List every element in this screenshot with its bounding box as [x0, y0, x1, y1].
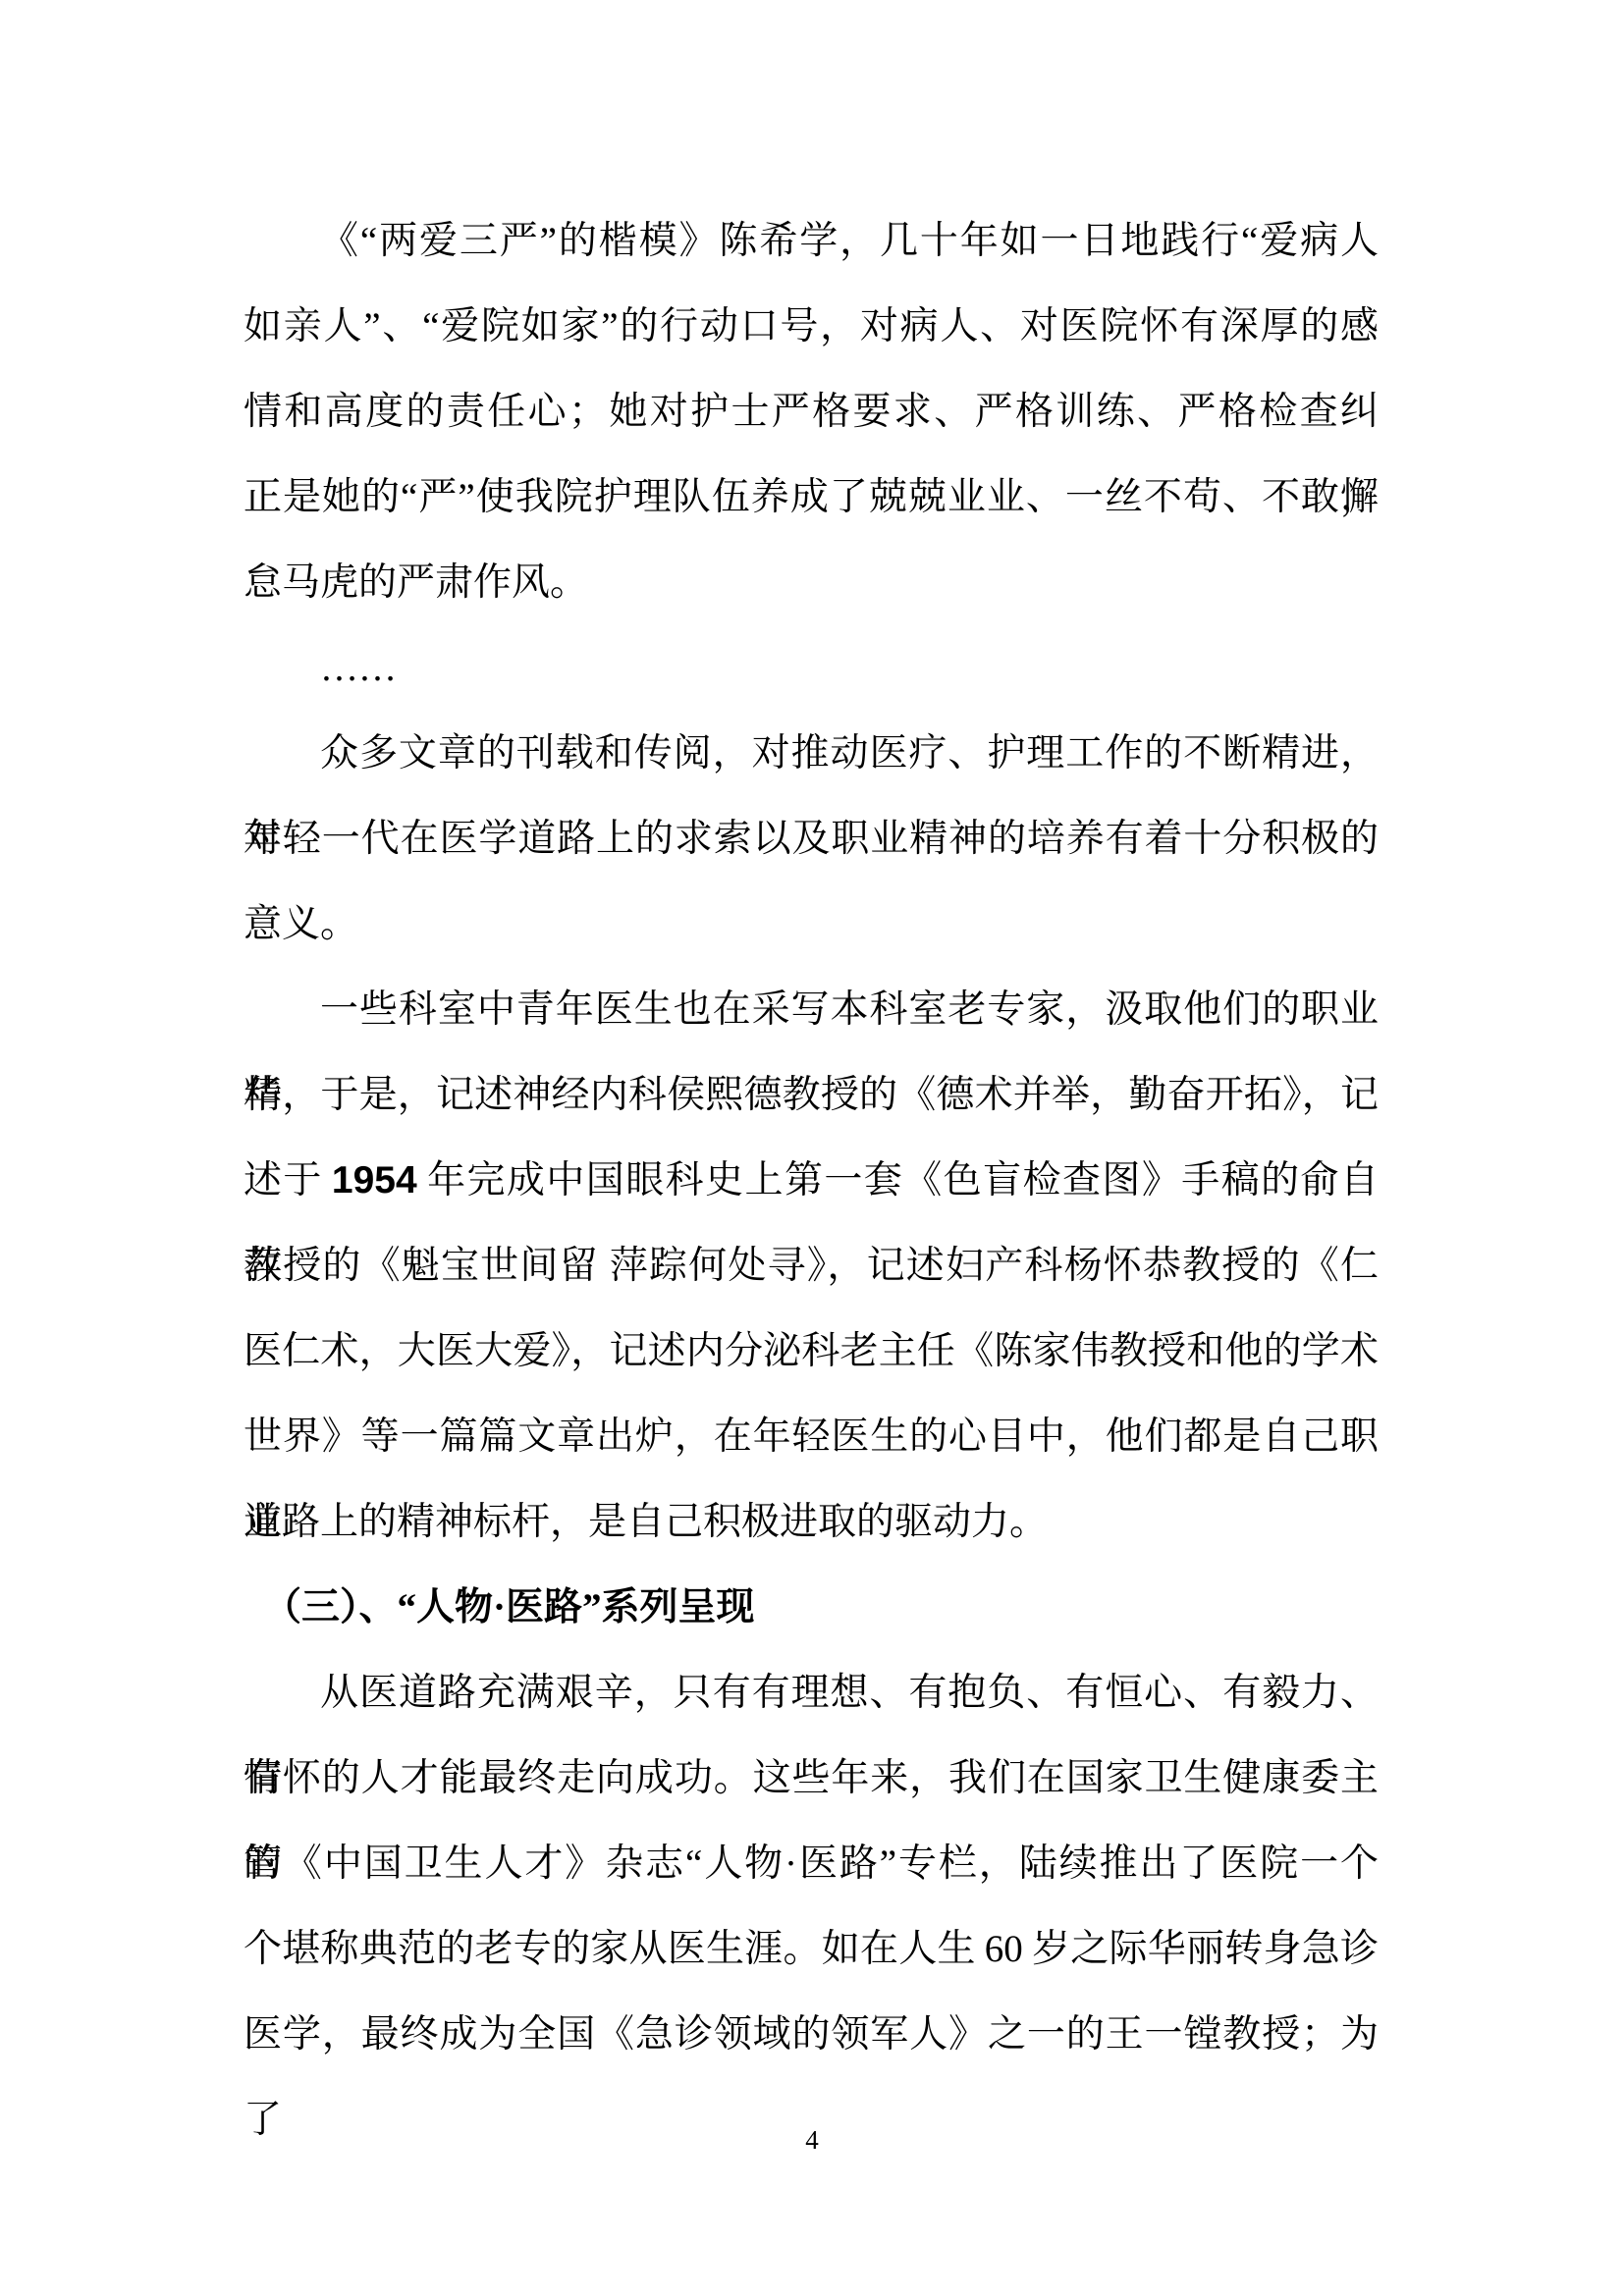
- text-line: 的《中国卫生人才》杂志“人物·医路”专栏，陆续推出了医院一个: [244, 1821, 1379, 1906]
- text-line: 医仁术，大医大爱》，记述内分泌科老主任《陈家伟教授和他的学术: [244, 1308, 1379, 1394]
- text-line: 意义。: [244, 881, 1379, 967]
- text-line: 情和高度的责任心；她对护士严格要求、严格训练、严格检查纠正，: [244, 369, 1379, 454]
- text-line: 情怀的人才能最终走向成功。这些年来，我们在国家卫生健康委主管: [244, 1735, 1379, 1821]
- document-body: 《“两爱三严”的楷模》陈希学，几十年如一日地践行“爱病人如亲人”、“爱院如家”的…: [244, 198, 1379, 2077]
- text-line: ……: [244, 625, 1379, 711]
- paragraph: 从医道路充满艰辛，只有有理想、有抱负、有恒心、有毅力、有情怀的人才能最终走向成功…: [244, 1650, 1379, 2077]
- text-line: 世界》等一篇篇文章出炉，在年轻医生的心目中，他们都是自己职业: [244, 1394, 1379, 1479]
- text-line: （三）、“人物·医路”系列呈现: [244, 1565, 1379, 1650]
- page-number: 4: [805, 2125, 819, 2155]
- number: 60: [985, 1928, 1023, 1970]
- text-line: 述于1954年完成中国眼科史上第一套《色盲检查图》手稿的俞自萍: [244, 1138, 1379, 1223]
- text-line: 众多文章的刊载和传阅，对推动医疗、护理工作的不断精进，对: [244, 711, 1379, 796]
- text-line: 道路上的精神标杆，是自己积极进取的驱动力。: [244, 1479, 1379, 1565]
- paragraph: 一些科室中青年医生也在采写本科室老专家，汲取他们的职业精华，于是，记述神经内科侯…: [244, 967, 1379, 1565]
- paragraph: 《“两爱三严”的楷模》陈希学，几十年如一日地践行“爱病人如亲人”、“爱院如家”的…: [244, 198, 1379, 625]
- section-heading: （三）、“人物·医路”系列呈现: [244, 1565, 1379, 1650]
- text-line: 正是她的“严”使我院护理队伍养成了兢兢业业、一丝不苟、不敢懈: [244, 454, 1379, 540]
- paragraph: 众多文章的刊载和传阅，对推动医疗、护理工作的不断精进，对年轻一代在医学道路上的求…: [244, 711, 1379, 967]
- text-line: 如亲人”、“爱院如家”的行动口号，对病人、对医院怀有深厚的感: [244, 284, 1379, 369]
- paragraph: ……: [244, 625, 1379, 711]
- text-line: 华，于是，记述神经内科侯熙德教授的《德术并举，勤奋开拓》，记: [244, 1052, 1379, 1138]
- text-line: 从医道路充满艰辛，只有有理想、有抱负、有恒心、有毅力、有: [244, 1650, 1379, 1735]
- text-line: 年轻一代在医学道路上的求索以及职业精神的培养有着十分积极的: [244, 796, 1379, 881]
- document-page: 《“两爱三严”的楷模》陈希学，几十年如一日地践行“爱病人如亲人”、“爱院如家”的…: [0, 0, 1624, 2296]
- text-line: 《“两爱三严”的楷模》陈希学，几十年如一日地践行“爱病人: [244, 198, 1379, 284]
- number: 1954: [332, 1159, 417, 1201]
- page-footer: 4: [0, 2118, 1624, 2162]
- text-line: 医学，最终成为全国《急诊领域的领军人》之一的王一镗教授；为了: [244, 1992, 1379, 2077]
- text-line: 一些科室中青年医生也在采写本科室老专家，汲取他们的职业精: [244, 967, 1379, 1052]
- text-line: 怠马虎的严肃作风。: [244, 540, 1379, 625]
- text-line: 个堪称典范的老专的家从医生涯。如在人生60岁之际华丽转身急诊: [244, 1906, 1379, 1992]
- text-line: 教授的《魁宝世间留 萍踪何处寻》，记述妇产科杨怀恭教授的《仁: [244, 1223, 1379, 1308]
